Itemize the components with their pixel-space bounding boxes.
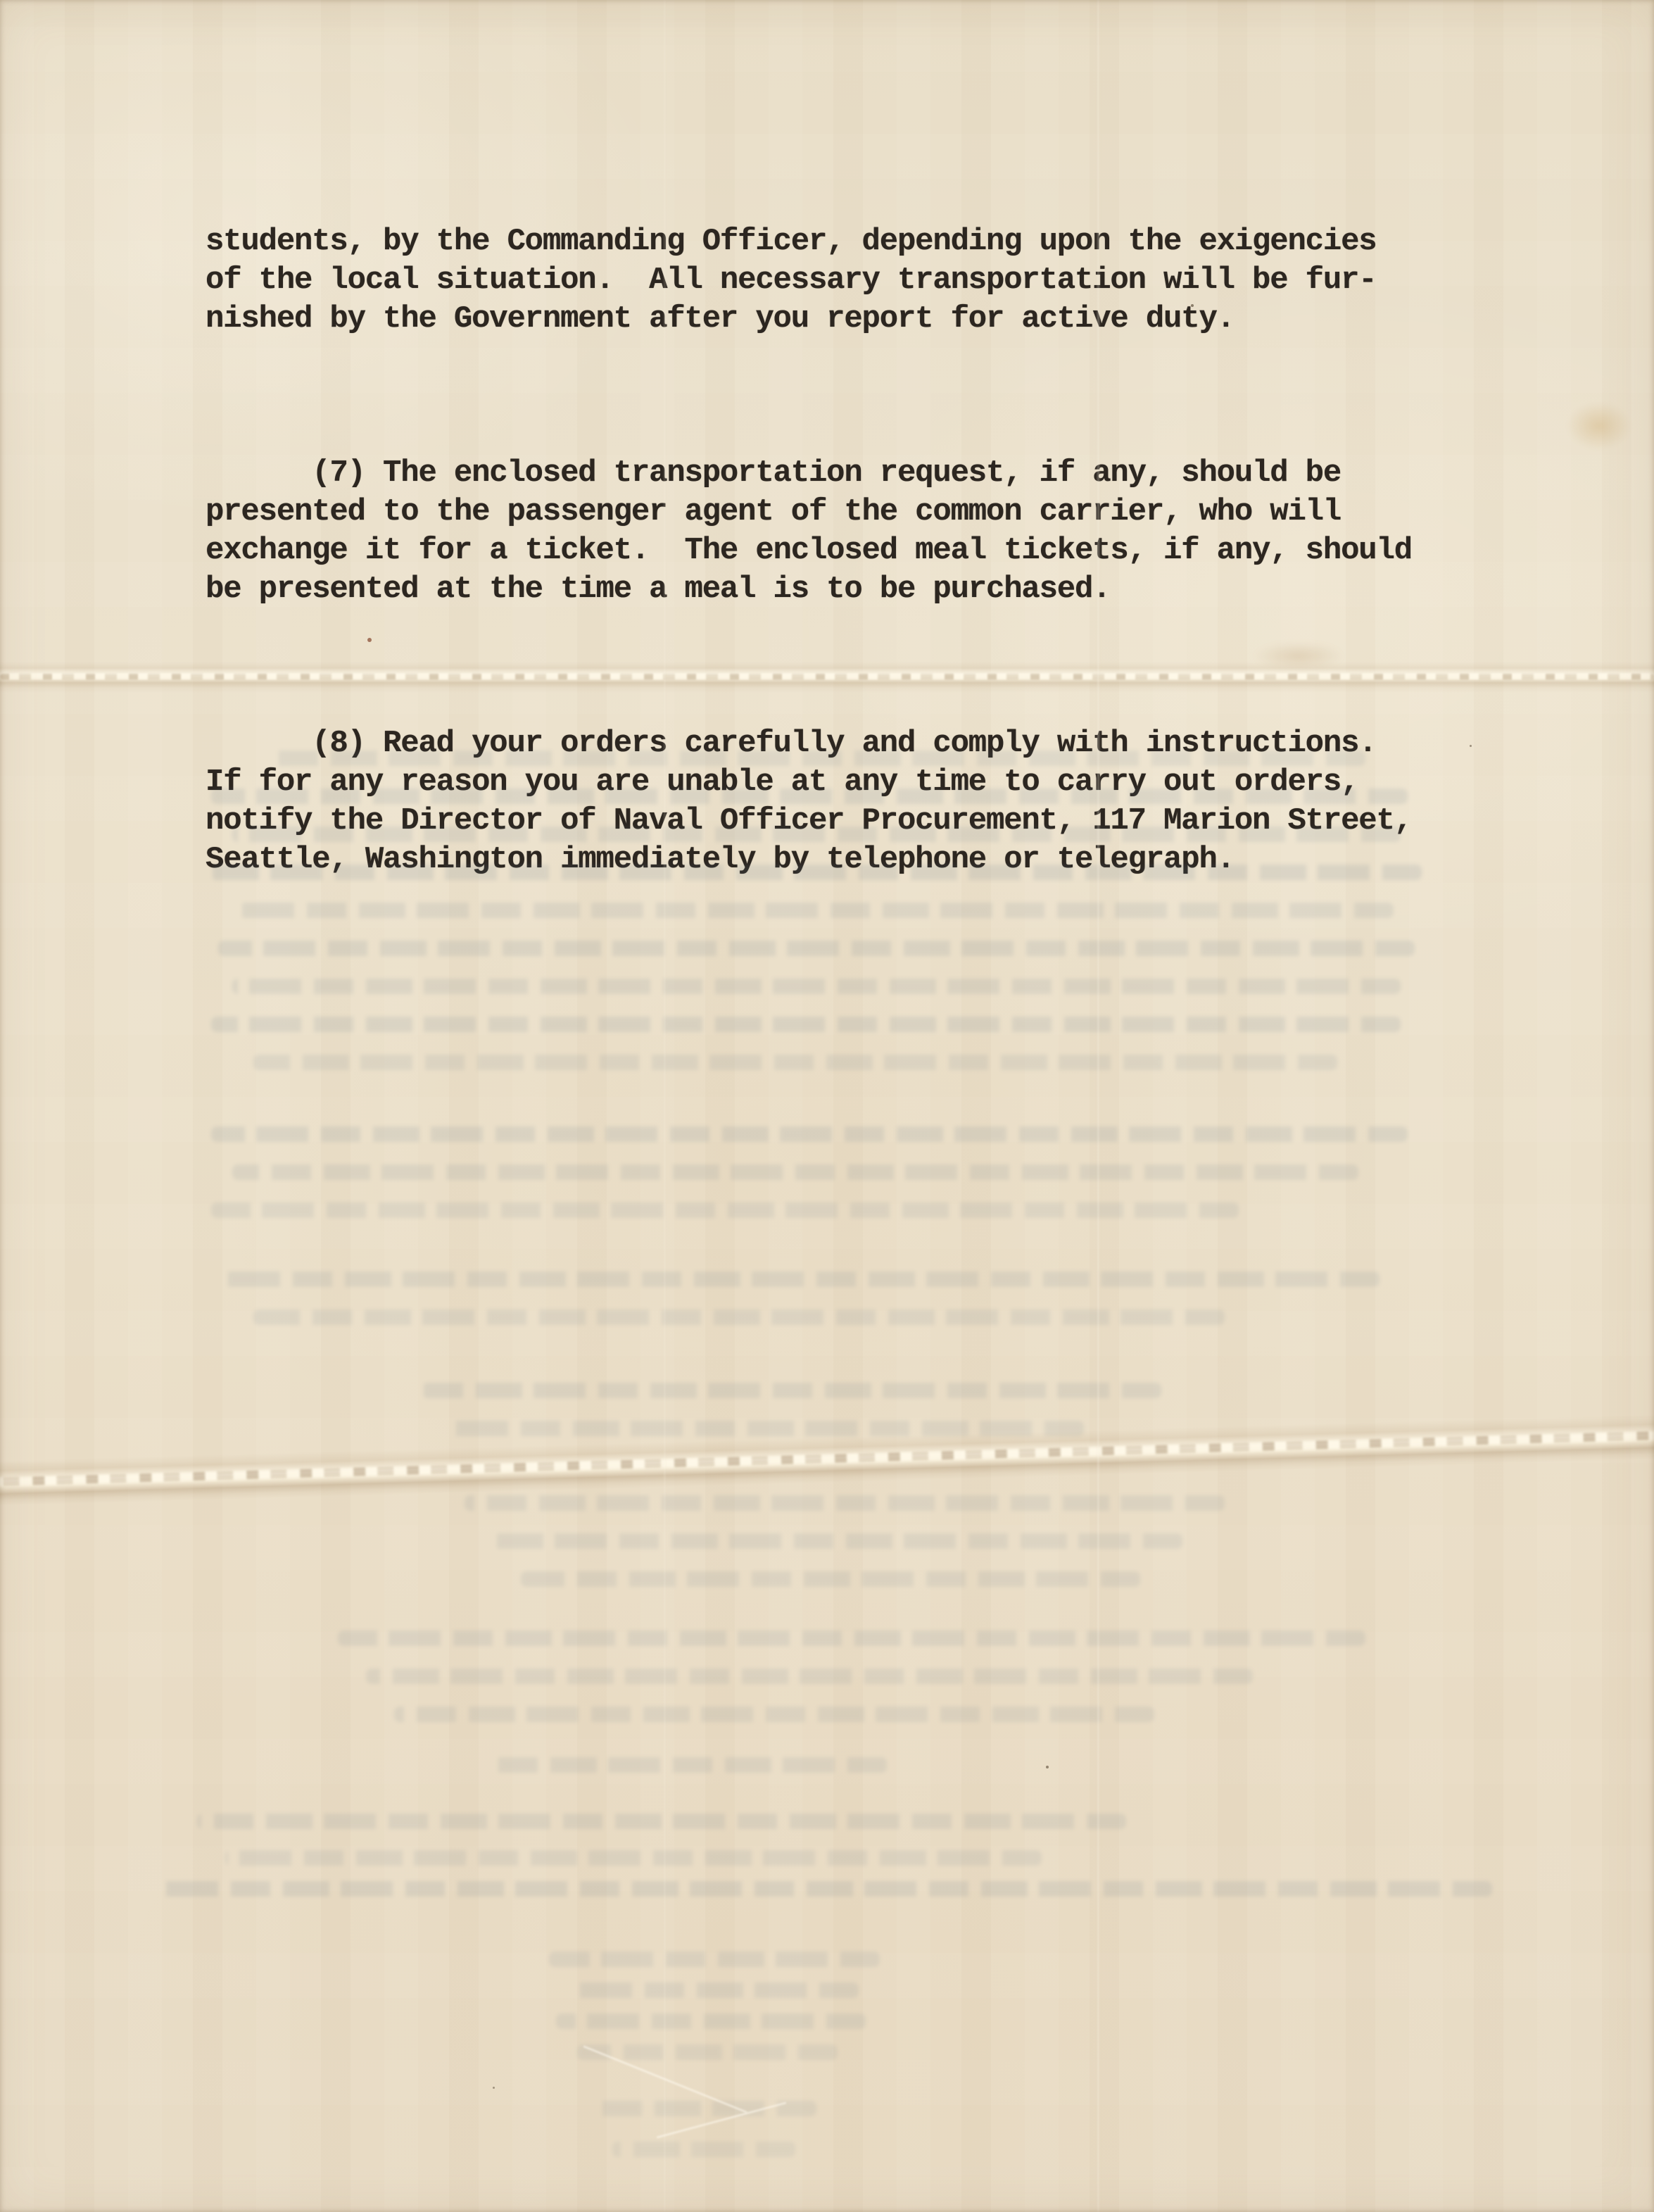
ghost-text-line [612, 2142, 795, 2157]
ghost-text-line [549, 1952, 880, 1967]
ghost-text-line [232, 1164, 1358, 1180]
scratch-mark [657, 2101, 786, 2138]
ghost-text-line [338, 1630, 1365, 1646]
fold-crease-top [0, 662, 1654, 693]
vertical-crease [1097, 0, 1100, 2212]
letter-body: students, by the Commanding Officer, dep… [206, 145, 1458, 995]
ghost-text-line [556, 2013, 866, 2029]
ghost-text-line [253, 1309, 1225, 1325]
paragraph-continuation: students, by the Commanding Officer, dep… [206, 222, 1458, 339]
vertical-crease-faint [663, 0, 667, 2212]
ghost-text-line [493, 1757, 887, 1773]
ghost-text-line [211, 1202, 1239, 1218]
paper-speck [1046, 1766, 1049, 1768]
paragraph-item-8: (8) Read your orders carefully and compl… [206, 724, 1458, 879]
ghost-text-line [465, 1495, 1225, 1511]
ghost-text-line [225, 1271, 1380, 1287]
ghost-text-line [521, 1571, 1140, 1587]
ghost-text-line [211, 1126, 1408, 1142]
ghost-text-line [211, 1017, 1401, 1032]
ghost-text-line [422, 1383, 1161, 1398]
ghost-text-line [162, 1881, 1492, 1897]
ghost-text-line [366, 1669, 1253, 1684]
stain [1557, 394, 1641, 458]
paper-speck [493, 2087, 495, 2089]
fold-crease-bottom [0, 1414, 1654, 1506]
ghost-text-line [225, 1850, 1042, 1866]
ghost-text-line [253, 1055, 1337, 1070]
paper-speck [1470, 745, 1472, 747]
paragraph-item-7: (7) The enclosed transportation request,… [206, 454, 1458, 609]
ghost-text-line [394, 1707, 1154, 1722]
ghost-text-line [493, 1533, 1182, 1549]
ghost-text-line [197, 1814, 1126, 1829]
ghost-text-line [577, 2044, 838, 2060]
scanned-letter-page: students, by the Commanding Officer, dep… [0, 0, 1654, 2212]
ghost-text-line [570, 1982, 859, 1998]
